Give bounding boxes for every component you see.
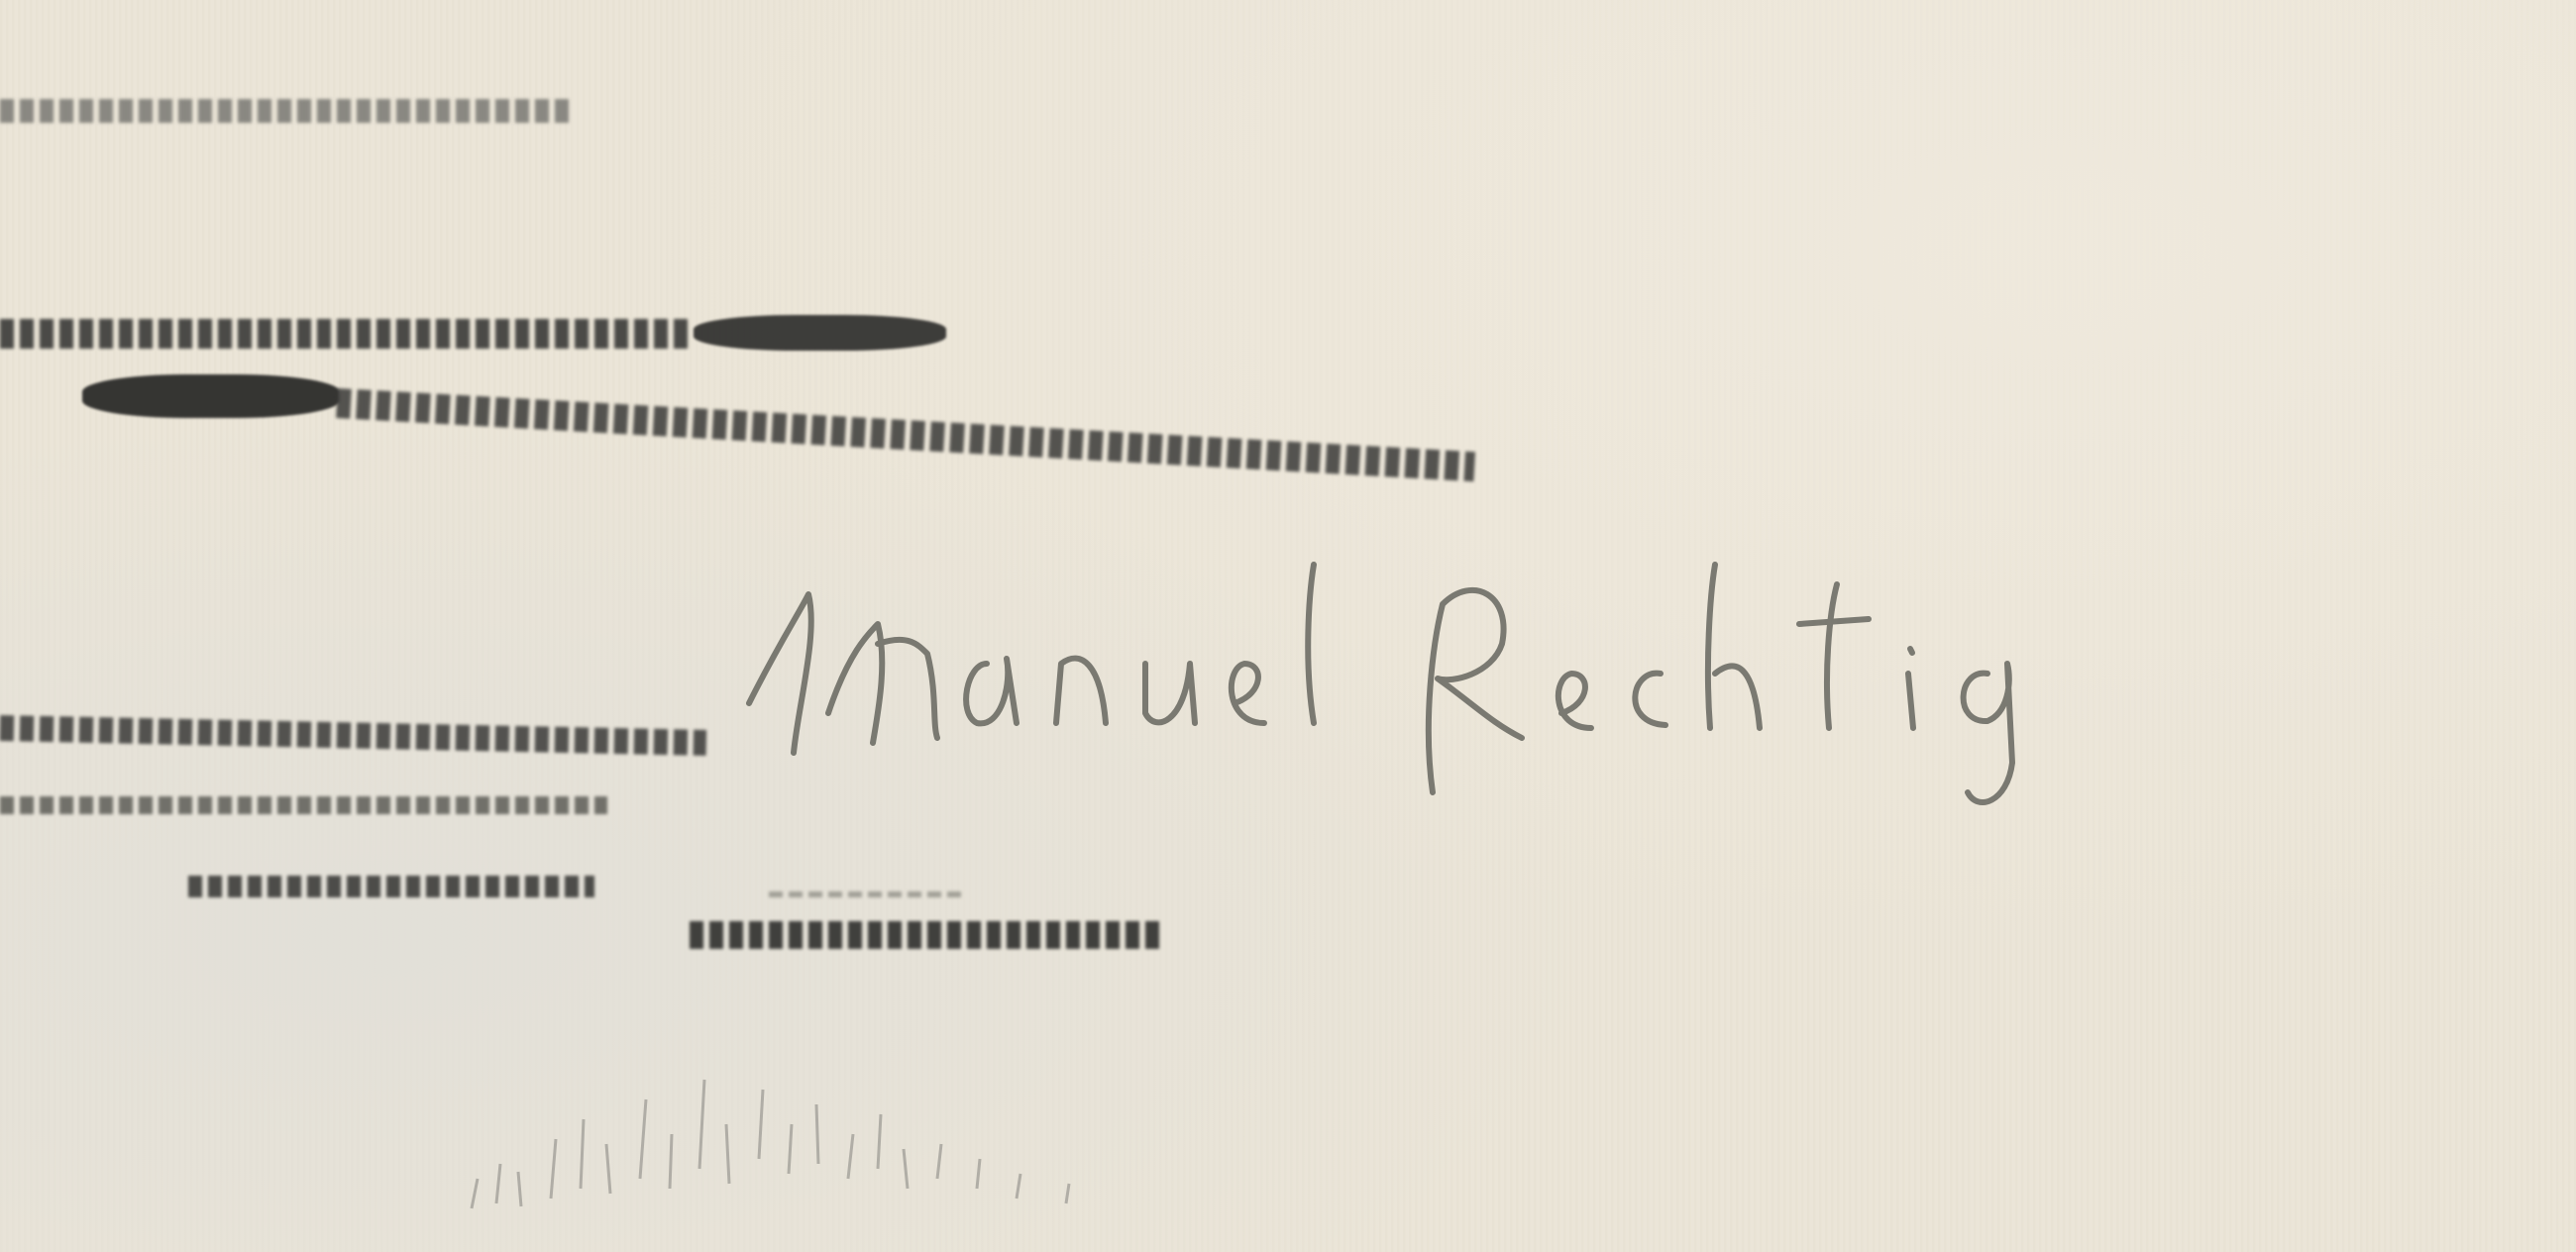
sketch-line-3-heavy-start xyxy=(82,374,340,418)
sketch-line-7-top xyxy=(769,891,967,897)
grass-marks xyxy=(452,1040,1126,1218)
sketch-line-1 xyxy=(0,99,575,123)
sketch-line-6 xyxy=(188,876,594,897)
sketch-line-2 xyxy=(0,319,694,349)
sketch-line-7 xyxy=(690,921,1160,949)
sketch-line-2-heavy-end xyxy=(694,315,946,351)
sketch-line-5 xyxy=(0,796,607,814)
artist-signature xyxy=(739,555,2374,822)
